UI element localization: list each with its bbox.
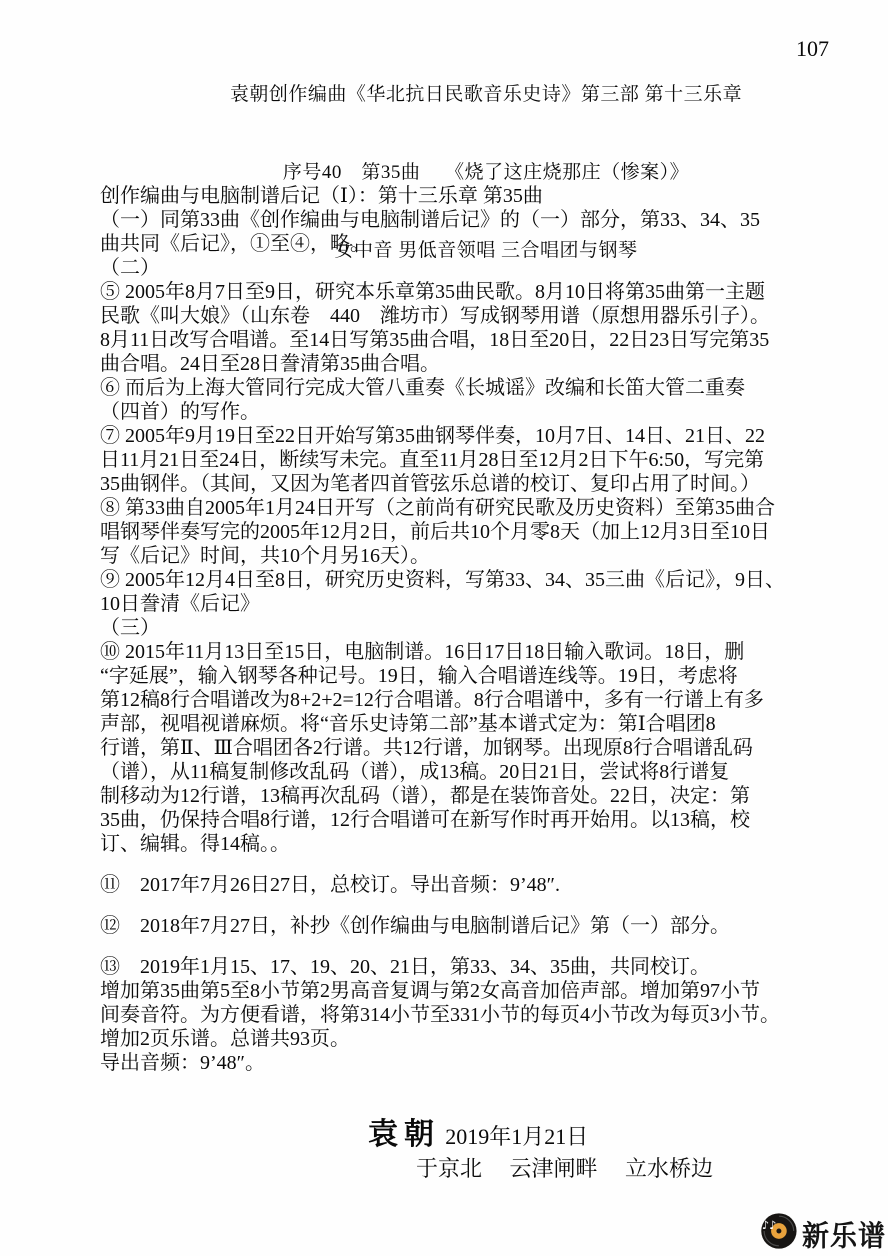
body-line: ⑫ 2018年7月27日，补抄《创作编曲与电脑制谱后记》第（一）部分。 <box>100 914 806 938</box>
body-line: ⑥ 而后为上海大管同行完成大管八重奏《长城谣》改编和长笛大管二重奏 <box>100 376 806 400</box>
body-line: 导出音频：9’48″。 <box>100 1051 806 1075</box>
body-line: 曲共同《后记》，①至④，略。 <box>100 232 806 256</box>
body-line: 8月11日改写合唱谱。至14日写第35曲合唱，18日至20日，22日23日写完第… <box>100 328 806 352</box>
body-text: 创作编曲与电脑制谱后记（Ⅰ）：第十三乐章 第35曲（一）同第33曲《创作编曲与电… <box>100 184 806 1075</box>
body-line: ⑧ 第33曲自2005年1月24日开写（之前尚有研究民歌及历史资料）至第35曲合 <box>100 496 806 520</box>
document-page: 袁朝创作编曲《华北抗日民歌音乐史诗》第三部 第十三乐章 序号40 第35曲 《烧… <box>0 0 888 1256</box>
body-line: 唱钢琴伴奏写完的2005年12月2日，前后共10个月零8天（加上12月3日至10… <box>100 520 806 544</box>
body-line: 日11月21日至24日，断续写未完。直至11月28日至12月2日下午6:50，写… <box>100 448 806 472</box>
body-line: ⑪ 2017年7月26日27日，总校订。导出音频：9’48″. <box>100 873 806 897</box>
body-line: ⑤ 2005年8月7日至9日，研究本乐章第35曲民歌。8月10日将第35曲第一主… <box>100 280 806 304</box>
body-line: ⑬ 2019年1月15、17、19、20、21日，第33、34、35曲，共同校订… <box>100 955 806 979</box>
svg-text:♪♪: ♪♪ <box>762 1218 777 1232</box>
page-number: 107 <box>796 36 829 62</box>
author-name: 袁朝 <box>368 1118 440 1151</box>
body-line: （二） <box>100 256 806 280</box>
body-line: （一）同第33曲《创作编曲与电脑制谱后记》的（一）部分，第33、34、35 <box>100 208 806 232</box>
body-line: 35曲，仍保持合唱8行谱，12行合唱谱可在新写作时再开始用。以13稿，校 <box>100 808 806 832</box>
header-title-line1: 袁朝创作编曲《华北抗日民歌音乐史诗》第三部 第十三乐章 <box>86 82 886 108</box>
logo-text: 新乐谱 <box>802 1213 886 1254</box>
body-line: 制移动为12行谱，13稿再次乱码（谱），都是在装饰音处。22日，决定：第 <box>100 784 806 808</box>
body-line: “字延展”，输入钢琴各种记号。19日，输入合唱谱连线等。19日，考虑将 <box>100 664 806 688</box>
signature-date: 2019年1月21日 <box>445 1124 588 1149</box>
body-line: 增加第35曲第5至8小节第2男高音复调与第2女高音加倍声部。增加第97小节 <box>100 979 806 1003</box>
body-line: 曲合唱。24日至28日誊清第35曲合唱。 <box>100 352 806 376</box>
body-line: 声部，视唱视谱麻烦。将“音乐史诗第二部”基本谱式定为：第Ⅰ合唱团8 <box>100 712 806 736</box>
body-line: 创作编曲与电脑制谱后记（Ⅰ）：第十三乐章 第35曲 <box>100 184 806 208</box>
body-line: ⑩ 2015年11月13日至15日，电脑制谱。16日17日18日输入歌词。18日… <box>100 640 806 664</box>
body-line: 10日誊清《后记》 <box>100 592 806 616</box>
vinyl-record-icon: ♪♪ <box>756 1210 798 1256</box>
body-line: 第12稿8行合唱谱改为8+2+2=12行合唱谱。8行合唱谱中，多有一行谱上有多 <box>100 688 806 712</box>
body-line: 民歌《叫大娘》（山东卷 440 潍坊市）写成钢琴用谱（原想用器乐引子）。 <box>100 304 806 328</box>
body-line: 订、编辑。得14稿。。 <box>100 832 806 856</box>
signature-location: 于京北 云津闸畔 立水桥边 <box>416 1154 713 1184</box>
publisher-logo: ♪♪ 新乐谱 <box>756 1210 886 1256</box>
body-line: ⑨ 2005年12月4日至8日，研究历史资料，写第33、34、35三曲《后记》，… <box>100 568 806 592</box>
signature-line: 袁朝 2019年1月21日 <box>368 1120 713 1152</box>
header-title-line2: 序号40 第35曲 《烧了这庄烧那庄（惨案）》 <box>86 160 886 186</box>
body-line: 写《后记》时间，共10个月另16天）。 <box>100 544 806 568</box>
body-line: ⑦ 2005年9月19日至22日开始写第35曲钢琴伴奏，10月7日、14日、21… <box>100 424 806 448</box>
signature-block: 袁朝 2019年1月21日 于京北 云津闸畔 立水桥边 <box>368 1120 713 1184</box>
body-line: 行谱，第Ⅱ、Ⅲ合唱团各2行谱。共12行谱，加钢琴。出现原8行合唱谱乱码 <box>100 736 806 760</box>
body-line: （谱），从11稿复制修改乱码（谱），成13稿。20日21日，尝试将8行谱复 <box>100 760 806 784</box>
body-line: （三） <box>100 616 806 640</box>
body-line: 增加2页乐谱。总谱共93页。 <box>100 1027 806 1051</box>
body-line: 35曲钢伴。（其间，又因为笔者四首管弦乐总谱的校订、复印占用了时间。） <box>100 472 806 496</box>
body-line: 间奏音符。为方便看谱，将第314小节至331小节的每页4小节改为每页3小节。 <box>100 1003 806 1027</box>
body-line: （四首）的写作。 <box>100 400 806 424</box>
